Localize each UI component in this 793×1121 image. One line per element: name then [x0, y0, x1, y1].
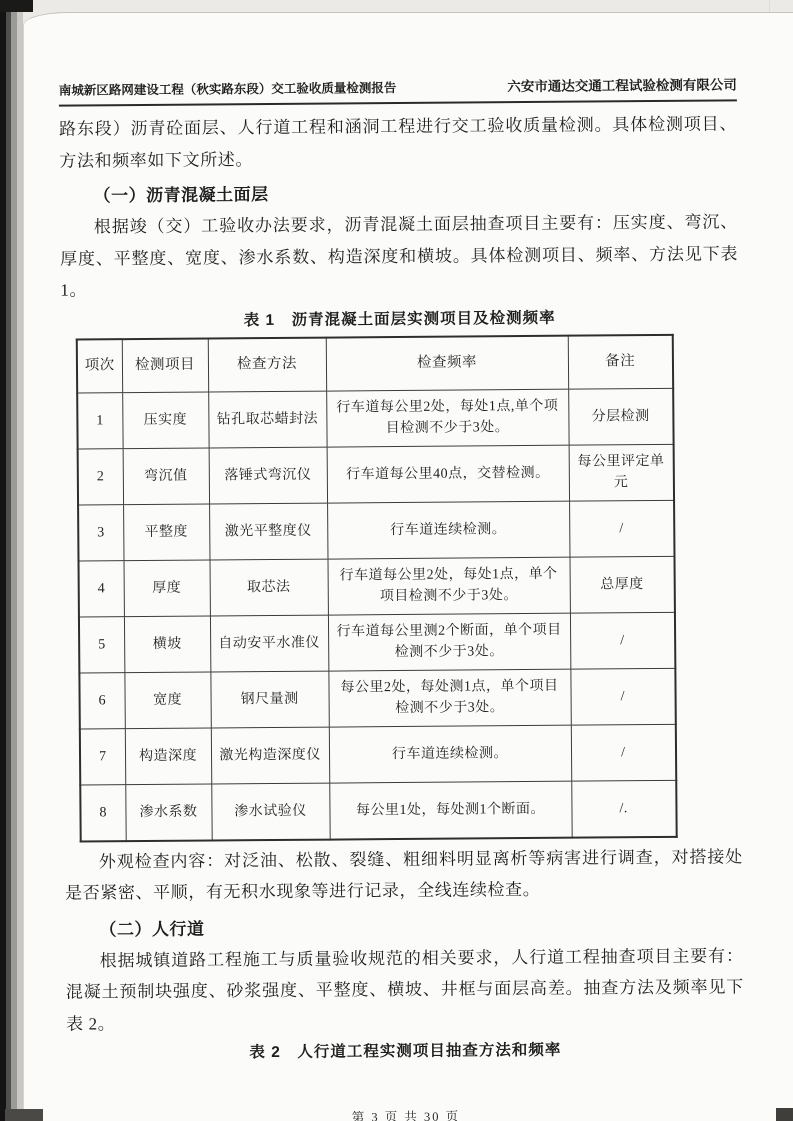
- scanned-report-page: 南城新区路网建设工程（秋实路东段）交工验收质量检测报告 六安市通达交通工程试验检…: [0, 0, 793, 1121]
- table-row: 3 平整度 激光平整度仪 行车道连续检测。 /: [78, 500, 674, 561]
- header-report-title: 南城新区路网建设工程（秋实路东段）交工验收质量检测报告: [59, 78, 397, 99]
- table-row: 5 横坡 自动安平水准仪 行车道每公里测2个断面，单个项目检测不少于3处。 /: [79, 612, 675, 673]
- table1-asphalt-surface: 项次 检测项目 检查方法 检查频率 备注 1 压实度 钻孔取芯蜡封法 行车道每公…: [76, 333, 678, 842]
- cell-item-no: 3: [78, 504, 123, 560]
- cell-item-no: 2: [78, 448, 123, 504]
- table-row: 7 构造深度 激光构造深度仪 行车道连续检测。 /: [80, 724, 676, 785]
- table-row: 2 弯沉值 落锤式弯沉仪 行车道每公里40点，交替检测。 每公里评定单元: [78, 444, 674, 505]
- cell-test-item: 厚度: [123, 560, 209, 617]
- cell-test-item: 平整度: [123, 504, 209, 561]
- section2-paragraph: 根据城镇道路工程施工与质量验收规范的相关要求，人行道工程抽查项目主要有：混凝土预…: [66, 940, 745, 1040]
- cell-item-no: 6: [79, 672, 124, 728]
- cell-item-no: 7: [80, 728, 125, 784]
- table-row: 4 厚度 取芯法 行车道每公里2处，每处1点，单个项目检测不少于3处。 总厚度: [79, 556, 675, 617]
- page-number: 第 3 页 共 30 页: [67, 1104, 745, 1121]
- cell-method: 激光平整度仪: [209, 503, 327, 560]
- cell-frequency: 每公里1处，每处测1个断面。: [329, 781, 571, 839]
- table1-header-row: 项次 检测项目 检查方法 检查频率 备注: [77, 334, 673, 392]
- cell-test-item: 压实度: [122, 392, 208, 449]
- cell-remark: 每公里评定单元: [569, 444, 674, 501]
- cell-test-item: 弯沉值: [123, 448, 209, 505]
- cell-method: 取芯法: [209, 559, 327, 616]
- cell-method: 钢尺量测: [210, 671, 328, 728]
- cell-frequency: 行车道每公里40点，交替检测。: [327, 445, 569, 503]
- cell-remark: 分层检测: [568, 388, 673, 445]
- header-cell-item-no: 项次: [77, 339, 122, 393]
- header-cell-test-item: 检测项目: [122, 338, 208, 392]
- cell-method: 自动安平水准仪: [210, 615, 328, 672]
- cell-test-item: 横坡: [124, 616, 210, 673]
- cell-item-no: 1: [77, 392, 122, 448]
- appearance-inspection-note: 外观检查内容：对泛油、松散、裂缝、粗细料明显离析等病害进行调查，对搭接处是否紧密…: [65, 841, 743, 909]
- cell-item-no: 5: [79, 616, 124, 672]
- cell-frequency: 行车道连续检测。: [329, 725, 571, 783]
- cell-item-no: 8: [80, 784, 125, 841]
- table-row: 8 渗水系数 渗水试验仪 每公里1处，每处测1个断面。 /.: [80, 780, 676, 841]
- header-cell-method: 检查方法: [208, 337, 326, 391]
- cell-remark: /: [570, 612, 675, 669]
- cell-test-item: 宽度: [124, 672, 210, 729]
- running-header: 南城新区路网建设工程（秋实路东段）交工验收质量检测报告 六安市通达交通工程试验检…: [59, 73, 737, 106]
- table2-title: 表 2 人行道工程实测项目抽查方法和频率: [66, 1036, 744, 1067]
- page-content: 南城新区路网建设工程（秋实路东段）交工验收质量检测报告 六安市通达交通工程试验检…: [59, 73, 745, 1121]
- table1-title: 表 1 沥青混凝土面层实测项目及检测频率: [61, 304, 739, 335]
- cell-frequency: 每公里2处，每处测1点，单个项目检测不少于3处。: [328, 669, 570, 727]
- cell-remark: 总厚度: [569, 556, 674, 613]
- scan-corner-mark: [0, 0, 33, 12]
- cell-method: 激光构造深度仪: [211, 727, 329, 784]
- header-cell-frequency: 检查频率: [326, 335, 568, 390]
- cell-remark: /: [571, 724, 676, 781]
- cell-test-item: 渗水系数: [125, 783, 211, 840]
- cell-method: 钻孔取芯蜡封法: [208, 391, 326, 448]
- header-cell-remark: 备注: [568, 334, 673, 388]
- cell-remark: /: [569, 500, 674, 557]
- cell-frequency: 行车道每公里2处，每处1点，单个项目检测不少于3处。: [327, 557, 569, 615]
- intro-paragraph: 路东段）沥青砼面层、人行道工程和涵洞工程进行交工验收质量检测。具体检测项目、方法…: [59, 108, 737, 176]
- cell-test-item: 构造深度: [125, 728, 211, 785]
- cell-item-no: 4: [79, 560, 124, 616]
- scan-corner-mark: [5, 1109, 43, 1121]
- table-row: 1 压实度 钻孔取芯蜡封法 行车道每公里2处，每处1点,单个项目检测不少于3处。…: [77, 388, 673, 449]
- cell-method: 落锤式弯沉仪: [209, 447, 327, 504]
- scan-corner-mark: [776, 1108, 793, 1121]
- cell-method: 渗水试验仪: [211, 783, 329, 840]
- table-row: 6 宽度 钢尺量测 每公里2处，每处测1点，单个项目检测不少于3处。 /: [79, 668, 675, 729]
- cell-remark: /.: [571, 780, 676, 837]
- header-company-name: 六安市通达交通工程试验检测有限公司: [507, 73, 737, 95]
- cell-frequency: 行车道连续检测。: [327, 501, 569, 559]
- cell-frequency: 行车道每公里2处，每处1点,单个项目检测不少于3处。: [326, 389, 568, 447]
- cell-remark: /: [570, 668, 675, 725]
- section1-paragraph: 根据竣（交）工验收办法要求，沥青混凝土面层抽查项目主要有：压实度、弯沉、厚度、平…: [60, 206, 739, 306]
- cell-frequency: 行车道每公里测2个断面，单个项目检测不少于3处。: [328, 613, 570, 671]
